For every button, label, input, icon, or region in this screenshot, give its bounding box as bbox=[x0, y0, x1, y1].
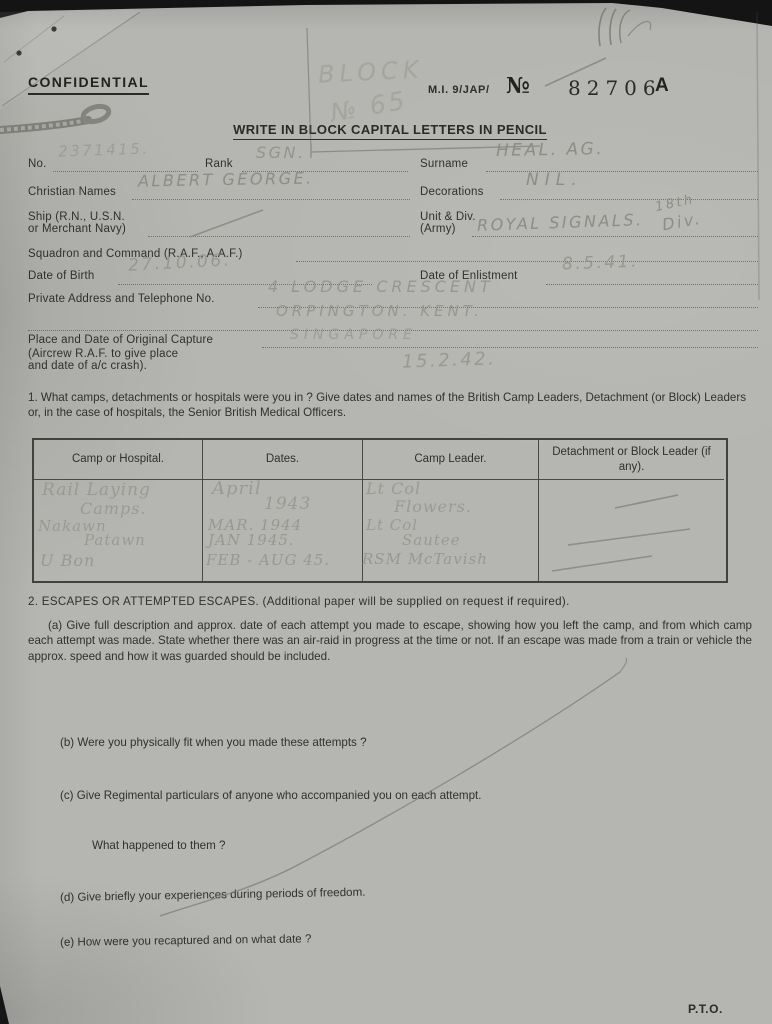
dotted-line bbox=[500, 198, 758, 200]
handwritten-camp-3: U Bon bbox=[40, 551, 95, 570]
scanned-document: CONFIDENTIAL M.I. 9/JAP/ № 82706 A BLOCK… bbox=[0, 0, 772, 1024]
dotted-line bbox=[472, 235, 758, 237]
dotted-line bbox=[546, 283, 758, 285]
field-label-decorations: Decorations bbox=[420, 186, 484, 198]
field-label-capture-line2: (Aircrew R.A.F. to give place bbox=[28, 348, 178, 360]
handwritten-leader-1b: Flowers. bbox=[394, 497, 472, 516]
form-instruction-heading: WRITE IN BLOCK CAPITAL LETTERS IN PENCIL bbox=[233, 122, 547, 140]
table-header-leader: Camp Leader. bbox=[363, 440, 539, 480]
question-1: 1. What camps, detachments or hospitals … bbox=[28, 390, 746, 421]
field-label-capture-line1: Place and Date of Original Capture bbox=[28, 334, 213, 346]
section-2-item-c: (c) Give Regimental particulars of anyon… bbox=[60, 788, 750, 803]
handwritten-leader-3: RSM McTavish bbox=[362, 550, 488, 568]
handwritten-capture-date: 15.2.42. bbox=[402, 348, 497, 372]
handwritten-enlistment-date: 8.5.41. bbox=[562, 252, 640, 275]
section-2-item-c2: What happened to them ? bbox=[92, 838, 712, 853]
number-symbol: № bbox=[506, 73, 530, 99]
table-header-detachment: Detachment or Block Leader (if any). bbox=[539, 440, 724, 480]
table-header-dates: Dates. bbox=[203, 440, 363, 480]
section-2-item-a: (a) Give full description and approx. da… bbox=[28, 618, 752, 664]
handwritten-capture-place: SINGAPORE bbox=[290, 327, 417, 343]
pencil-block-note: BLOCK bbox=[317, 55, 424, 88]
handwritten-leader-1a: Lt Col bbox=[366, 479, 421, 498]
series-letter: A bbox=[655, 75, 669, 97]
handwritten-dates-2b: JAN 1945. bbox=[208, 531, 295, 549]
field-label-ship-line2: or Merchant Navy) bbox=[28, 223, 126, 235]
form-reference: M.I. 9/JAP/ bbox=[428, 84, 490, 96]
section-2-item-b: (b) Were you physically fit when you mad… bbox=[60, 735, 750, 750]
handwritten-dates-3: FEB - AUG 45. bbox=[206, 551, 330, 569]
field-label-ship-line1: Ship (R.N., U.S.N. bbox=[28, 211, 125, 223]
handwritten-address-line1: 4 LODGE CRESCENT bbox=[268, 277, 494, 296]
field-label-capture-line3: and date of a/c crash). bbox=[28, 360, 147, 372]
serial-number-stamp: 82706 bbox=[568, 76, 662, 100]
handwritten-camp-2b: Patawn bbox=[84, 531, 146, 549]
confidential-stamp: CONFIDENTIAL bbox=[28, 74, 149, 95]
handwritten-leader-2b: Sautee bbox=[402, 531, 461, 549]
handwritten-rank: SGN. bbox=[256, 143, 306, 162]
table-header-camp: Camp or Hospital. bbox=[34, 440, 203, 480]
handwritten-christian-names: ALBERT GEORGE. bbox=[138, 168, 314, 190]
field-label-date-of-birth: Date of Birth bbox=[28, 270, 95, 282]
handwritten-camp-1b: Camps. bbox=[80, 499, 147, 518]
dotted-line bbox=[262, 346, 758, 348]
field-label-no: No. bbox=[28, 158, 47, 170]
field-label-christian-names: Christian Names bbox=[28, 186, 116, 198]
dotted-line bbox=[132, 198, 410, 200]
handwritten-address-line2: ORPINGTON. KENT. bbox=[276, 302, 483, 320]
handwritten-service-number: 2371415. bbox=[58, 139, 150, 160]
field-label-rank: Rank bbox=[205, 158, 233, 170]
field-label-unit-line1: Unit & Div. bbox=[420, 211, 476, 223]
handwritten-dates-1a: April bbox=[212, 478, 262, 499]
handwritten-decorations: NIL. bbox=[526, 170, 583, 190]
dotted-line bbox=[148, 235, 410, 237]
field-label-address: Private Address and Telephone No. bbox=[28, 293, 215, 305]
handwritten-surname: HEAL. AG. bbox=[496, 139, 604, 161]
field-label-surname: Surname bbox=[420, 158, 468, 170]
handwritten-dates-1b: 1943 bbox=[264, 494, 311, 514]
table-body-cell bbox=[539, 480, 724, 581]
handwritten-camp-1a: Rail Laying bbox=[42, 480, 151, 500]
dotted-line bbox=[296, 260, 758, 262]
section-2-heading: 2. ESCAPES OR ATTEMPTED ESCAPES. (Additi… bbox=[28, 594, 750, 609]
page-turn-over-note: P.T.O. bbox=[688, 1002, 723, 1016]
field-label-unit-line2: (Army) bbox=[420, 223, 456, 235]
